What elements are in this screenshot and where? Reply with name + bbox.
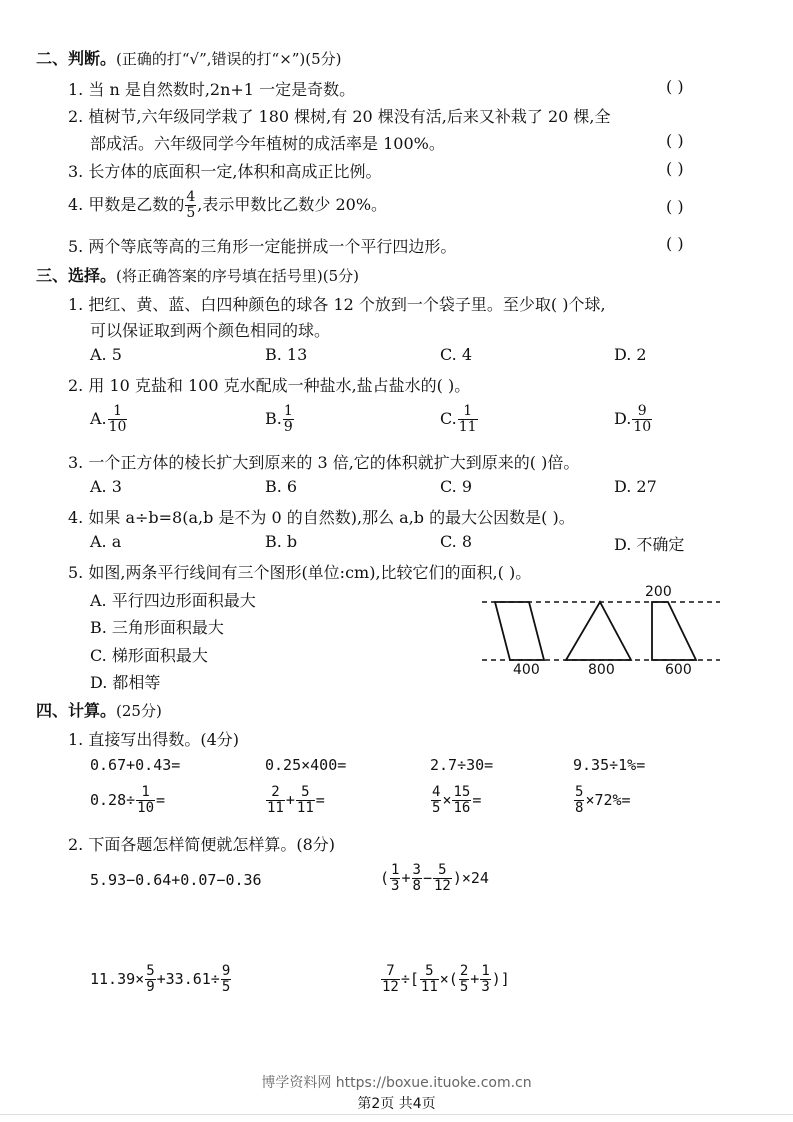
choice-q3-option-b[interactable]: B. 6 — [265, 477, 297, 496]
simplify-expr-1: 5.93−0.64+0.07−0.36 — [90, 871, 262, 889]
triangle-shape — [566, 602, 631, 660]
simplify-expr-4: 712÷[511×(25+13)] — [380, 964, 510, 995]
section-2-title: 二、判断。 — [36, 49, 116, 68]
choice-q2-option-d[interactable]: D.910 — [614, 404, 653, 435]
calc-expr-1: 0.67+0.43= — [90, 756, 180, 774]
judge-item-2-line1: 2. 植树节,六年级同学栽了 180 棵树,有 20 棵没有活,后来又补栽了 2… — [68, 104, 610, 127]
section-3-heading: 三、选择。(将正确答案的序号填在括号里)(5分) — [36, 263, 359, 286]
choice-q3: 3. 一个正方体的棱长扩大到原来的 3 倍,它的体积就扩大到原来的( )倍。 — [68, 450, 579, 473]
fraction: 45 — [185, 190, 196, 221]
choice-q2-option-a[interactable]: A.110 — [90, 404, 128, 435]
parallelogram-shape — [495, 602, 544, 660]
choice-q1-line1: 1. 把红、黄、蓝、白四种颜色的球各 12 个放到一个袋子里。至少取( )个球, — [68, 292, 606, 315]
fraction: 111 — [458, 404, 478, 435]
triangle-base-label: 800 — [588, 662, 615, 678]
judge-item-4-pre: 4. 甲数是乙数的 — [68, 195, 184, 214]
calc-expr-4: 9.35÷1%= — [573, 756, 645, 774]
choice-q2-option-b[interactable]: B.19 — [265, 404, 295, 435]
section-3-title: 三、选择。 — [36, 266, 116, 285]
calc-sub2-title: 2. 下面各题怎样简便就怎样算。(8分) — [68, 832, 335, 855]
calc-expr-5: 0.28÷110= — [90, 785, 165, 816]
answer-blank-3[interactable]: ( ) — [666, 159, 684, 178]
footer-watermark: 博学资料网 https://boxue.ituoke.com.cn — [0, 1072, 793, 1092]
answer-blank-2[interactable]: ( ) — [666, 131, 684, 150]
judge-item-5: 5. 两个等底等高的三角形一定能拼成一个平行四边形。 — [68, 234, 456, 257]
judge-item-3: 3. 长方体的底面积一定,体积和高成正比例。 — [68, 159, 381, 182]
judge-item-4-post: ,表示甲数比乙数少 20%。 — [197, 195, 387, 214]
choice-q3-option-a[interactable]: A. 3 — [90, 477, 122, 496]
section-2-heading: 二、判断。(正确的打“√”,错误的打“×”)(5分) — [36, 46, 342, 69]
choice-q5-option-b[interactable]: B. 三角形面积最大 — [90, 615, 224, 638]
fraction: 110 — [108, 404, 128, 435]
judge-item-2-line2: 部成活。六年级同学今年植树的成活率是 100%。 — [90, 131, 445, 154]
choice-q5-option-c[interactable]: C. 梯形面积最大 — [90, 643, 208, 666]
choice-q4-option-d[interactable]: D. 不确定 — [614, 532, 684, 555]
calc-expr-7: 45×1516= — [430, 785, 481, 816]
answer-blank-5[interactable]: ( ) — [666, 234, 684, 253]
choice-q4-option-a[interactable]: A. a — [90, 532, 121, 551]
section-4-title: 四、计算。 — [36, 701, 116, 720]
choice-q3-option-d[interactable]: D. 27 — [614, 477, 657, 496]
section-4-note: (25分) — [116, 702, 162, 720]
choice-q1-option-b[interactable]: B. 13 — [265, 345, 307, 364]
calc-expr-3: 2.7÷30= — [430, 756, 493, 774]
parallelogram-base-label: 400 — [513, 662, 540, 678]
calc-expr-6: 211+511= — [265, 785, 325, 816]
judge-item-4: 4. 甲数是乙数的45,表示甲数比乙数少 20%。 — [68, 190, 387, 221]
choice-q4-option-c[interactable]: C. 8 — [440, 532, 472, 551]
judge-item-1: 1. 当 n 是自然数时,2n+1 一定是奇数。 — [68, 77, 355, 100]
fraction: 19 — [283, 404, 294, 435]
choice-q4: 4. 如果 a÷b=8(a,b 是不为 0 的自然数),那么 a,b 的最大公因… — [68, 505, 575, 528]
choice-q3-option-c[interactable]: C. 9 — [440, 477, 472, 496]
answer-blank-1[interactable]: ( ) — [666, 77, 684, 96]
choice-q5-option-d[interactable]: D. 都相等 — [90, 670, 160, 693]
choice-q1-line2: 可以保证取到两个颜色相同的球。 — [90, 318, 330, 341]
answer-blank-4[interactable]: ( ) — [666, 197, 684, 216]
simplify-expr-2: (13+38−512)×24 — [380, 863, 489, 894]
trapezoid-top-label: 200 — [645, 584, 672, 600]
simplify-expr-3: 11.39×59+33.61÷95 — [90, 964, 232, 995]
section-4-heading: 四、计算。(25分) — [36, 698, 162, 721]
choice-q1-option-a[interactable]: A. 5 — [90, 345, 122, 364]
fraction: 910 — [632, 404, 652, 435]
calc-sub1-title: 1. 直接写出得数。(4分) — [68, 727, 239, 750]
choice-q4-option-b[interactable]: B. b — [265, 532, 297, 551]
page-number: 第2页 共4页 — [0, 1093, 793, 1113]
choice-q5-option-a[interactable]: A. 平行四边形面积最大 — [90, 588, 256, 611]
trapezoid-bottom-label: 600 — [665, 662, 692, 678]
section-2-note: (正确的打“√”,错误的打“×”)(5分) — [116, 50, 342, 68]
trapezoid-shape — [652, 602, 696, 660]
footer-divider — [0, 1114, 793, 1115]
choice-q1-option-c[interactable]: C. 4 — [440, 345, 472, 364]
calc-expr-8: 58×72%= — [573, 785, 631, 816]
section-3-note: (将正确答案的序号填在括号里)(5分) — [116, 267, 359, 285]
choice-q2-option-c[interactable]: C.111 — [440, 404, 479, 435]
choice-q5: 5. 如图,两条平行线间有三个图形(单位:cm),比较它们的面积,( )。 — [68, 560, 531, 583]
choice-q2: 2. 用 10 克盐和 100 克水配成一种盐水,盐占盐水的( )。 — [68, 373, 470, 396]
choice-q1-option-d[interactable]: D. 2 — [614, 345, 647, 364]
calc-expr-2: 0.25×400= — [265, 756, 346, 774]
